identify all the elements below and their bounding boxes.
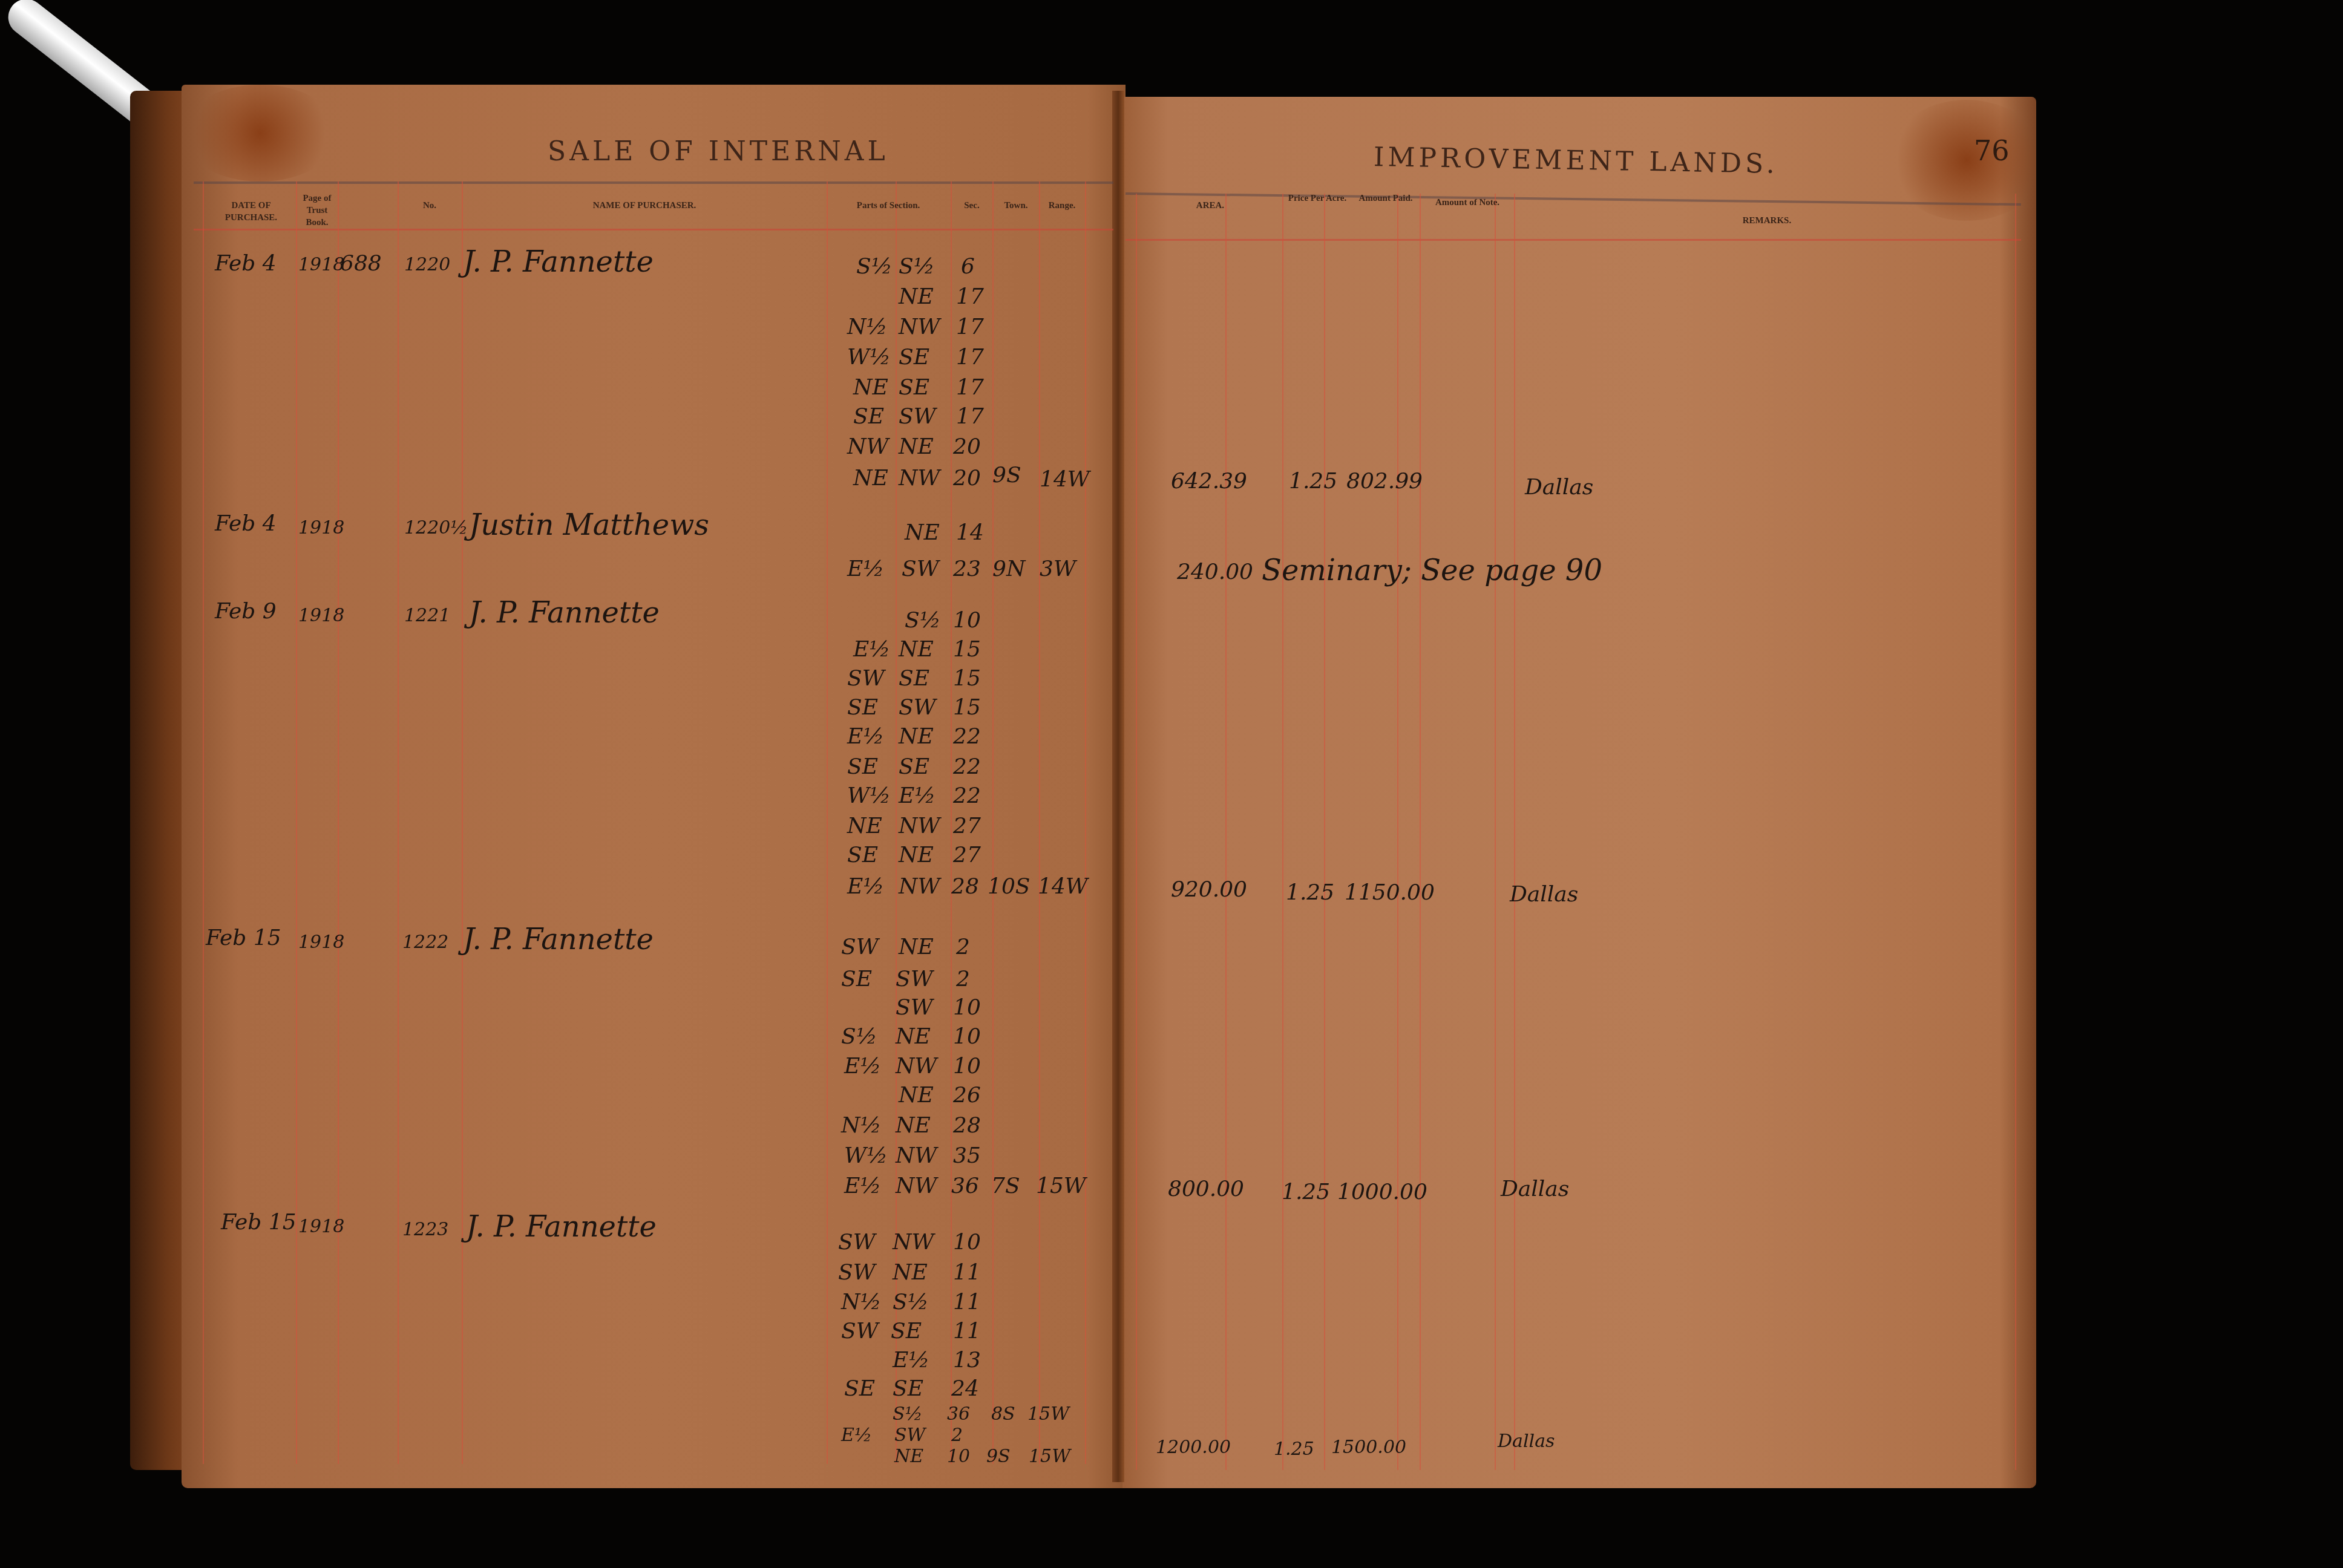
- column-rule: [1085, 181, 1086, 1464]
- parcel-quarter: SW: [894, 1425, 925, 1446]
- column-rule: [992, 181, 994, 1464]
- parcel-part: SE: [844, 1376, 875, 1401]
- header-trust-page: Page of Trust Book.: [298, 192, 336, 229]
- parcel-part: W½: [847, 783, 891, 808]
- parcel-town: 9S: [986, 1446, 1011, 1467]
- header-bottom-rule: [1126, 239, 2021, 241]
- page-number: 76: [1974, 134, 2010, 167]
- parcel-sec: 20: [953, 434, 981, 459]
- parcel-town: 8S: [991, 1403, 1015, 1425]
- parcel-quarter: SE: [891, 1319, 922, 1344]
- parcel-part: E½: [844, 1054, 881, 1079]
- parcel-part: NW: [847, 434, 889, 459]
- parcel-part: W½: [847, 345, 891, 370]
- entry-no: 1223: [402, 1219, 448, 1240]
- parcel-sec: 10: [953, 1024, 981, 1049]
- column-rule: [1225, 194, 1227, 1470]
- parcel-quarter: SW: [896, 967, 933, 991]
- parcel-quarter: E½: [899, 783, 936, 808]
- parcel-sec: 28: [951, 874, 979, 899]
- parcel-part: SW: [838, 1260, 876, 1285]
- parcel-sec: 2: [951, 1425, 963, 1446]
- entry-area: 240.00: [1177, 560, 1253, 584]
- parcel-sec: 17: [956, 375, 984, 400]
- parcel-part: SW: [841, 935, 879, 959]
- parcel-quarter: NE: [899, 935, 934, 959]
- parcel-quarter: NW: [896, 1143, 937, 1168]
- entry-paid: 802.99: [1346, 469, 1423, 494]
- entry-area: 642.39: [1171, 469, 1247, 494]
- entry-price: 1.25: [1282, 1180, 1330, 1204]
- parcel-sec: 17: [956, 315, 984, 339]
- parcel-part: N½: [841, 1113, 881, 1138]
- parcel-quarter: S½: [893, 1403, 923, 1425]
- column-rule: [398, 181, 399, 1464]
- parcel-quarter: SW: [899, 695, 936, 720]
- column-rule: [951, 181, 952, 1464]
- parcel-quarter: NW: [896, 1174, 937, 1198]
- parcel-quarter: S½: [893, 1290, 929, 1315]
- column-rule: [1514, 194, 1515, 1470]
- parcel-part: E½: [847, 724, 884, 749]
- column-rule: [1495, 194, 1496, 1470]
- header-price: Price Per Acre.: [1284, 192, 1351, 204]
- entry-no: 1220: [404, 254, 450, 275]
- column-rule: [462, 181, 463, 1464]
- entry-date: Feb 4: [215, 251, 277, 276]
- header-town: Town.: [994, 200, 1038, 212]
- entry-area: 920.00: [1171, 877, 1247, 902]
- parcel-range: 14W: [1040, 467, 1090, 492]
- entry-area: 800.00: [1168, 1177, 1244, 1201]
- parcel-quarter: NW: [899, 315, 940, 339]
- column-rule: [1324, 194, 1325, 1470]
- parcel-part: NE: [853, 375, 888, 400]
- header-date: DATE OF PURCHASE.: [209, 200, 293, 224]
- parcel-part: E½: [847, 874, 884, 899]
- parcel-sec: 17: [956, 404, 984, 429]
- header-bottom-rule: [194, 229, 1113, 230]
- parcel-sec: 14: [956, 520, 984, 545]
- entry-purchaser: J. P. Fannette: [463, 245, 654, 279]
- entry-date: Feb 15: [221, 1210, 297, 1235]
- parcel-part: E½: [841, 1425, 872, 1446]
- parcel-sec: 10: [953, 995, 981, 1020]
- header-name: NAME OF PURCHASER.: [466, 200, 823, 212]
- entry-price: 1.25: [1274, 1439, 1314, 1460]
- entry-price: 1.25: [1289, 469, 1337, 494]
- parcel-town: 9N: [992, 557, 1025, 581]
- column-rule: [338, 181, 339, 1464]
- entry-area: 1200.00: [1156, 1437, 1231, 1458]
- entry-remarks: Dallas: [1501, 1177, 1569, 1201]
- parcel-quarter: NE: [899, 724, 934, 749]
- parcel-sec: 10: [947, 1446, 970, 1467]
- parcel-part: E½: [847, 557, 884, 581]
- header-remarks: REMARKS.: [1604, 215, 1930, 227]
- left-page: [182, 85, 1126, 1488]
- parcel-quarter: NW: [899, 874, 940, 899]
- parcel-sec: 6: [961, 254, 975, 279]
- parcel-sec: 27: [953, 814, 981, 838]
- header-top-rule: [194, 181, 1113, 184]
- parcel-sec: 36: [951, 1174, 979, 1198]
- entry-remarks: Dallas: [1525, 475, 1593, 500]
- parcel-quarter: S½: [899, 254, 935, 279]
- parcel-sec: 27: [953, 843, 981, 867]
- parcel-sec: 22: [953, 783, 981, 808]
- parcel-part: NE: [847, 814, 882, 838]
- header-parts: Parts of Section.: [828, 200, 949, 212]
- right-page: [1122, 97, 2036, 1488]
- parcel-part: SE: [841, 967, 872, 991]
- parcel-town: 7S: [991, 1174, 1020, 1198]
- corner-stain: [182, 85, 339, 181]
- column-rule: [1039, 181, 1040, 1464]
- entry-no: 1220½: [404, 517, 468, 538]
- parcel-part: SE: [847, 695, 878, 720]
- entry-year: 1918: [298, 1216, 344, 1237]
- entry-year: 1918: [298, 517, 344, 538]
- entry-purchaser: Justin Matthews: [469, 508, 709, 542]
- entry-remarks: Seminary; See page 90: [1262, 554, 1602, 587]
- column-rule: [1397, 194, 1398, 1470]
- entry-year: 1918: [298, 605, 344, 626]
- parcel-sec: 22: [953, 754, 981, 779]
- entry-trust-page: 688: [340, 251, 382, 276]
- parcel-quarter: NW: [896, 1054, 937, 1079]
- parcel-quarter: SW: [896, 995, 933, 1020]
- parcel-quarter: SE: [899, 666, 929, 691]
- entry-purchaser: J. P. Fannette: [466, 1210, 657, 1244]
- parcel-part: SW: [838, 1230, 876, 1255]
- header-note: Amount of Note.: [1422, 197, 1513, 209]
- header-paid: Amount Paid.: [1352, 192, 1419, 204]
- column-rule: [1420, 194, 1421, 1470]
- parcel-range: 3W: [1040, 557, 1076, 581]
- parcel-quarter: NE: [899, 434, 934, 459]
- parcel-sec: 15: [953, 666, 981, 691]
- parcel-sec: 36: [947, 1403, 970, 1425]
- parcel-part: SW: [847, 666, 885, 691]
- parcel-sec: 23: [953, 557, 981, 581]
- entry-year: 1918: [298, 932, 344, 953]
- parcel-quarter: S½: [905, 608, 941, 633]
- parcel-quarter: NE: [894, 1446, 923, 1467]
- parcel-part: W½: [844, 1143, 888, 1168]
- parcel-sec: 10: [953, 1230, 981, 1255]
- column-rule: [827, 181, 828, 1464]
- parcel-sec: 10: [953, 608, 981, 633]
- parcel-quarter: SE: [899, 345, 929, 370]
- parcel-sec: 15: [953, 637, 981, 662]
- entry-paid: 1150.00: [1345, 880, 1435, 905]
- parcel-part: SW: [841, 1319, 879, 1344]
- entry-date: Feb 4: [215, 511, 277, 536]
- entry-date: Feb 9: [215, 599, 277, 624]
- parcel-range: 15W: [1027, 1403, 1069, 1425]
- parcel-quarter: NW: [893, 1230, 934, 1255]
- parcel-quarter: NE: [896, 1024, 931, 1049]
- column-rule: [2015, 194, 2016, 1470]
- header-no: No.: [399, 200, 460, 212]
- parcel-quarter: SE: [899, 754, 929, 779]
- entry-paid: 1500.00: [1331, 1437, 1406, 1458]
- parcel-sec: 24: [951, 1376, 979, 1401]
- parcel-part: NE: [853, 466, 888, 491]
- column-rule: [1136, 194, 1137, 1470]
- header-sec: Sec.: [952, 200, 992, 212]
- parcel-range: 14W: [1038, 874, 1088, 899]
- entry-purchaser: J. P. Fannette: [463, 923, 654, 956]
- parcel-sec: 20: [953, 466, 981, 491]
- parcel-sec: 17: [956, 284, 984, 309]
- parcel-sec: 2: [956, 967, 970, 991]
- parcel-quarter: SE: [899, 375, 929, 400]
- parcel-sec: 2: [956, 935, 970, 959]
- parcel-quarter: NE: [899, 637, 934, 662]
- entry-purchaser: J. P. Fannette: [469, 596, 660, 630]
- parcel-quarter: NE: [899, 1083, 934, 1108]
- parcel-part: SE: [853, 404, 884, 429]
- parcel-part: N½: [841, 1290, 881, 1315]
- parcel-part: E½: [844, 1174, 881, 1198]
- parcel-quarter: SW: [899, 404, 936, 429]
- entry-paid: 1000.00: [1337, 1180, 1427, 1204]
- parcel-town: 9S: [992, 463, 1021, 488]
- entry-remarks: Dallas: [1510, 882, 1578, 907]
- left-page-title: SALE OF INTERNAL: [548, 136, 889, 167]
- header-area: AREA.: [1138, 200, 1283, 212]
- entry-remarks: Dallas: [1498, 1431, 1555, 1452]
- parcel-sec: 17: [956, 345, 984, 370]
- parcel-sec: 11: [953, 1319, 981, 1344]
- parcel-sec: 13: [953, 1348, 981, 1373]
- parcel-sec: 10: [953, 1054, 981, 1079]
- parcel-quarter: NW: [899, 814, 940, 838]
- column-rule: [203, 181, 204, 1464]
- column-rule: [1282, 194, 1283, 1470]
- entry-no: 1222: [402, 932, 448, 953]
- parcel-quarter: NE: [893, 1260, 928, 1285]
- parcel-range: 15W: [1029, 1446, 1070, 1467]
- entry-year: 1918: [298, 254, 344, 275]
- parcel-sec: 22: [953, 724, 981, 749]
- parcel-quarter: SW: [902, 557, 939, 581]
- parcel-quarter: NE: [896, 1113, 931, 1138]
- parcel-quarter: NW: [899, 466, 940, 491]
- parcel-quarter: NE: [905, 520, 940, 545]
- parcel-part: SE: [847, 843, 878, 867]
- parcel-quarter: E½: [893, 1348, 929, 1373]
- parcel-range: 15W: [1036, 1174, 1086, 1198]
- parcel-sec: 28: [953, 1113, 981, 1138]
- parcel-sec: 15: [953, 695, 981, 720]
- entry-price: 1.25: [1286, 880, 1334, 905]
- entry-no: 1221: [404, 605, 450, 626]
- header-range: Range.: [1040, 200, 1084, 212]
- parcel-town: 10S: [988, 874, 1030, 899]
- parcel-quarter: NE: [899, 843, 934, 867]
- entry-date: Feb 15: [206, 926, 281, 950]
- parcel-sec: 35: [953, 1143, 981, 1168]
- book-spine: [1112, 91, 1124, 1482]
- parcel-part: N½: [847, 315, 887, 339]
- parcel-part: SE: [847, 754, 878, 779]
- parcel-sec: 26: [953, 1083, 981, 1108]
- parcel-sec: 11: [953, 1290, 981, 1315]
- parcel-quarter: SE: [893, 1376, 923, 1401]
- parcel-sec: 11: [953, 1260, 981, 1285]
- parcel-part: S½: [841, 1024, 877, 1049]
- column-rule: [296, 181, 297, 1464]
- parcel-quarter: NE: [899, 284, 934, 309]
- parcel-part: S½: [856, 254, 893, 279]
- parcel-part: E½: [853, 637, 890, 662]
